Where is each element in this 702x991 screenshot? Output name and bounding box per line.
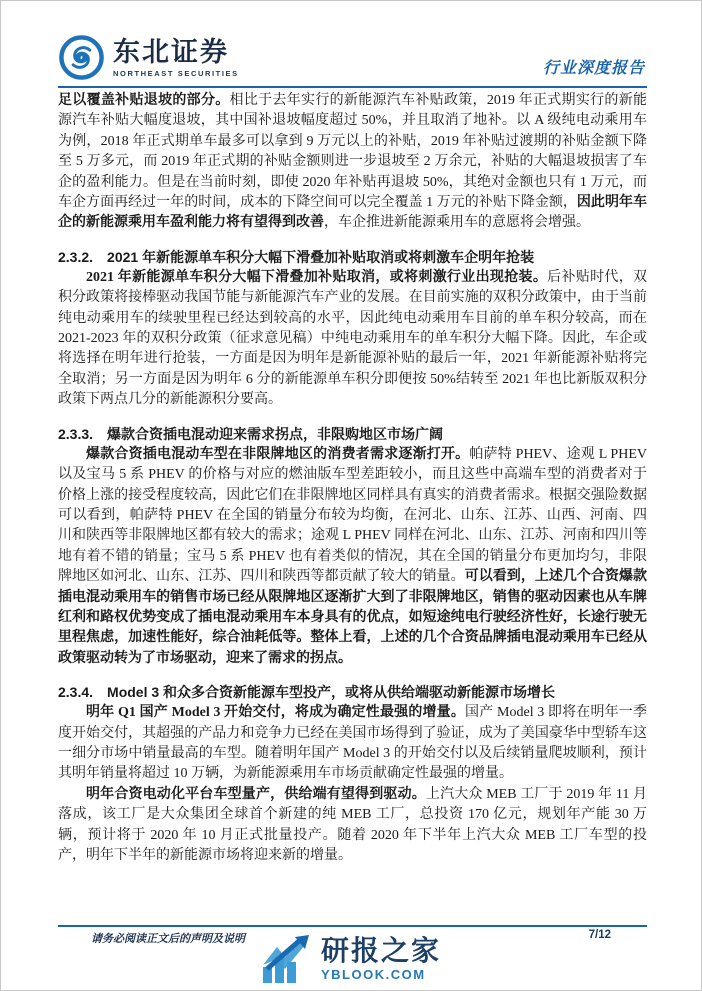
rising-chart-icon: [261, 935, 313, 983]
report-page: 东北证券 NORTHEAST SECURITIES 行业深度报告 足以覆盖补贴退…: [0, 0, 702, 991]
document-body: 足以覆盖补贴退坡的部分。相比于去年实行的新能源汽车补贴政策，2019 年正式期实…: [58, 91, 647, 866]
watermark-site: YBLOOK.COM: [321, 967, 441, 982]
section-title: Model 3 和众多合资新能源车型投产，或将从供给端驱动新能源市场增长: [107, 684, 555, 700]
emphasized-text: 2021 年新能源单车积分大幅下滑叠加补贴取消，或将刺激行业出现抢装。: [86, 270, 547, 285]
section-number: 2.3.4.: [58, 684, 93, 700]
body-text: ，车企推进新能源乘用车的意愿将会增强。: [324, 215, 590, 230]
page-number: 7/12: [589, 929, 611, 941]
emphasized-text: 爆款合资插电混动车型在非限牌地区的消费者需求逐渐打开。: [86, 447, 469, 462]
footer-disclaimer: 请务必阅读正文后的声明及说明: [91, 930, 245, 946]
body-text: 相比于去年实行的新能源汽车补贴政策，2019 年正式期实行的新能源汽车补贴大幅度…: [58, 93, 647, 210]
emphasized-text: 明年合资电动化平台车型量产，供给端有望得到驱动。: [86, 787, 426, 802]
paragraph: 爆款合资插电混动车型在非限牌地区的消费者需求逐渐打开。帕萨特 PHEV、途观 L…: [58, 445, 647, 669]
section-heading: 2.3.2.2021 年新能源单车积分大幅下滑叠加补贴取消或将刺激车企明年抢装: [58, 247, 647, 268]
section-heading: 2.3.4.Model 3 和众多合资新能源车型投产，或将从供给端驱动新能源市场…: [58, 682, 647, 703]
paragraph: 2021 年新能源单车积分大幅下滑叠加补贴取消，或将刺激行业出现抢装。后补贴时代…: [58, 268, 647, 411]
section-number: 2.3.3.: [58, 426, 93, 442]
watermark-name: 研报之家: [321, 936, 441, 966]
section-number: 2.3.2.: [58, 249, 93, 265]
watermark: 研报之家 YBLOOK.COM: [261, 935, 441, 983]
brand-block: 东北证券 NORTHEAST SECURITIES: [58, 34, 239, 81]
section-title: 爆款合资插电混动迎来需求拐点，非限购地区市场广阔: [107, 426, 443, 442]
page-header: 东北证券 NORTHEAST SECURITIES 行业深度报告: [58, 31, 647, 86]
brand-text: 东北证券 NORTHEAST SECURITIES: [113, 37, 239, 78]
watermark-text: 研报之家 YBLOOK.COM: [321, 936, 441, 982]
emphasized-text: 足以覆盖补贴退坡的部分。: [58, 93, 230, 108]
section-title: 2021 年新能源单车积分大幅下滑叠加补贴取消或将刺激车企明年抢装: [107, 249, 534, 265]
northeast-securities-logo-icon: [58, 34, 105, 81]
paragraph: 明年合资电动化平台车型量产，供给端有望得到驱动。上汽大众 MEB 工厂于 201…: [58, 785, 647, 867]
brand-name-cn: 东北证券: [113, 37, 239, 67]
body-text: 后补贴时代，双积分政策将接棒驱动我国节能与新能源汽车产业的发展。在目前实施的双积…: [58, 270, 647, 407]
brand-name-en: NORTHEAST SECURITIES: [113, 69, 239, 78]
footer-divider: [58, 925, 647, 927]
emphasized-text: 明年 Q1 国产 Model 3 开始交付，将成为确定性最强的增量。: [86, 705, 465, 720]
header-divider: [58, 86, 647, 88]
paragraph: 明年 Q1 国产 Model 3 开始交付，将成为确定性最强的增量。国产 Mod…: [58, 703, 647, 785]
section-heading: 2.3.3.爆款合资插电混动迎来需求拐点，非限购地区市场广阔: [58, 424, 647, 445]
paragraph: 足以覆盖补贴退坡的部分。相比于去年实行的新能源汽车补贴政策，2019 年正式期实…: [58, 91, 647, 234]
body-text: 帕萨特 PHEV、途观 L PHEV 以及宝马 5 系 PHEV 的价格与对应的…: [58, 447, 647, 584]
report-type-label: 行业深度报告: [543, 55, 645, 78]
